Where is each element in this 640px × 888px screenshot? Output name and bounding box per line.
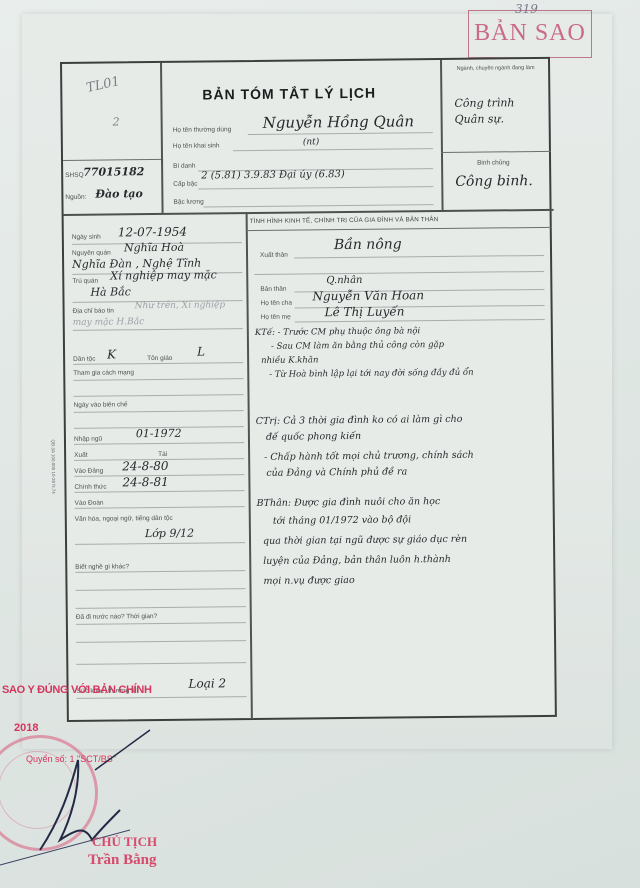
rule	[254, 271, 544, 275]
value-ho-ten-khai-sinh: (nt)	[303, 137, 320, 147]
value-vao-dang: 24-8-80	[122, 459, 168, 473]
ban-than-line: mọi n.vụ được giao	[263, 575, 354, 587]
value-cap-bac: 2 (5.81) 3.9.83 Đại úy (6.83)	[201, 169, 345, 182]
divider	[246, 227, 552, 231]
value-dia-chi-bao-tin-2: may mặc H.Bắc	[73, 317, 144, 328]
value-nganh: Công trình Quân sự.	[454, 95, 534, 128]
value-van-hoa: Lớp 9/12	[145, 527, 194, 541]
chinh-tri-line: CTrị: Cả 3 thời gia đình ko có ai làm gì…	[256, 414, 463, 427]
value-nguyen-quan: Nghĩa Hoà	[124, 241, 184, 255]
rule	[76, 622, 246, 625]
resume-form: TL01 2 SHSQ 77015182 Nguồn: Đào tạo BẢN …	[60, 57, 557, 722]
value-chinh-thuc: 24-8-81	[122, 475, 168, 489]
label-binh-chung: Binh chủng	[477, 159, 510, 166]
value-xuat-than: Bần nông	[334, 236, 402, 253]
value-ban-than: Q.nhân	[326, 275, 362, 286]
rule	[248, 132, 433, 135]
kinh-te-line: - Từ Hoà bình lập lại tới nay đời sống đ…	[269, 368, 473, 380]
value-dan-toc: K	[107, 347, 116, 361]
label-xuat-than: Xuất thân	[260, 252, 288, 259]
label-ho-ten-me: Họ tên mẹ	[261, 314, 291, 321]
label-bac-luong: Bậc lương	[173, 199, 203, 206]
rule	[76, 640, 246, 643]
label-tham-gia-cach-mang: Tham gia cách mạng	[73, 369, 134, 377]
divider	[63, 159, 163, 161]
value-tru-quan: Xí nghiệp may mặc	[110, 268, 217, 282]
rule	[76, 662, 246, 665]
shso-value: 77015182	[83, 165, 144, 179]
rule	[76, 588, 246, 591]
signer-title: CHỦ TỊCH	[92, 834, 157, 850]
rule	[76, 606, 246, 609]
section-heading: TÌNH HÌNH KINH TẾ, CHÍNH TRỊ CỦA GIA ĐÌN…	[250, 216, 439, 225]
nguon-value: Đào tạo	[95, 187, 143, 200]
label-vao-doan: Vào Đoàn	[75, 500, 104, 507]
rule	[73, 362, 243, 365]
divider	[161, 159, 163, 213]
corner-code: TL01	[85, 74, 121, 96]
label-ton-giao: Tôn giáo	[147, 355, 172, 362]
value-ho-ten-me: Lê Thị Luyến	[325, 304, 405, 319]
label-tru-quan: Trú quán	[72, 278, 98, 285]
value-dia-chi-bao-tin: Như trên, Xí nghiệp	[135, 300, 226, 311]
ban-than-line: tới tháng 01/1972 vào bộ đội	[273, 514, 411, 526]
divider	[246, 212, 253, 718]
ban-than-line: qua thời gian tại ngũ được sự giáo dục r…	[263, 534, 467, 547]
label-ho-ten-cha: Họ tên cha	[261, 300, 293, 307]
certified-copy-text: SAO Y ĐÚNG VỚI BẢN CHÍNH	[2, 684, 152, 696]
rule	[204, 204, 434, 207]
value-ho-ten-cha: Nguyễn Văn Hoan	[312, 288, 424, 303]
label-dan-toc: Dân tộc	[73, 356, 95, 363]
label-xuat: Xuất	[74, 452, 87, 459]
label-ho-ten-khai-sinh: Họ tên khai sinh	[173, 142, 220, 149]
value-suc-khoe: Loại 2	[188, 676, 226, 690]
nguon-label: Nguồn:	[65, 194, 86, 201]
divider	[160, 63, 163, 163]
kinh-te-line: - Sau CM làm ăn bằng thủ công còn gặp	[271, 340, 444, 352]
chinh-tri-line: - Chấp hành tốt mọi chủ trương, chính sá…	[264, 450, 474, 463]
label-tai: Tái	[158, 451, 167, 458]
chinh-tri-line: đế quốc phong kiến	[266, 431, 361, 443]
rule	[295, 319, 545, 323]
rule	[74, 410, 244, 413]
label-nhap-ngu: Nhập ngũ	[74, 436, 102, 443]
rule	[73, 394, 243, 397]
divider	[441, 151, 551, 153]
label-dia-chi-bao-tin: Địa chỉ báo tin	[73, 307, 114, 314]
label-nguyen-quan: Nguyên quán	[72, 249, 111, 256]
label-vao-dang: Vào Đảng	[74, 468, 103, 475]
label-ho-ten-thuong-dung: Họ tên thường dùng	[173, 126, 232, 134]
ban-sao-stamp: BẢN SAO	[468, 10, 592, 58]
label-ban-than: Bản thân	[260, 286, 286, 293]
value-nhap-ngu: 01-1972	[136, 427, 182, 440]
divider	[440, 60, 443, 210]
label-biet-nghe: Biết nghề gì khác?	[75, 563, 129, 571]
label-di-nuoc-ngoai: Đã đi nước nào? Thời gian?	[76, 613, 157, 621]
page-title: BẢN TÓM TẮT LÝ LỊCH	[202, 85, 376, 103]
side-print-code: QĐ.3A 100.000 10-28 N.74	[51, 439, 57, 493]
ban-than-line: BThân: Được gia đình nuôi cho ăn học	[257, 496, 441, 509]
shso-label: SHSQ	[65, 172, 83, 179]
kinh-te-line: nhiều K.khăn	[261, 355, 318, 366]
divider	[64, 209, 554, 216]
value-binh-chung: Công binh.	[455, 173, 533, 190]
rule	[75, 542, 245, 545]
value-ngay-sinh: 12-07-1954	[118, 225, 187, 240]
label-ngay-sinh: Ngày sinh	[72, 234, 101, 241]
signer-name: Trần Bằng	[88, 852, 157, 869]
rule	[73, 378, 243, 381]
value-ton-giao: L	[197, 344, 205, 358]
label-bi-danh: Bí danh	[173, 163, 195, 170]
rule	[198, 186, 433, 189]
value-tru-quan-2: Hà Bắc	[90, 285, 131, 298]
label-van-hoa: Văn hóa, ngoại ngữ, tiếng dân tộc	[75, 515, 173, 523]
corner-number: 2	[113, 115, 120, 128]
chinh-tri-line: của Đảng và Chính phủ đề ra	[266, 466, 407, 478]
label-ngay-vao-bien-che: Ngày vào biên chế	[74, 401, 128, 409]
rule	[73, 328, 243, 331]
rule	[77, 696, 247, 699]
kinh-te-line: KTế: - Trước CM phụ thuộc ông bà nội	[255, 326, 420, 338]
stamp-number: 319	[515, 2, 538, 16]
label-chinh-thuc: Chính thức	[74, 484, 106, 491]
label-nganh: Ngành, chuyên ngành đang làm	[448, 65, 543, 72]
ban-than-line: luyện của Đảng, bản thân luôn h.thành	[263, 554, 451, 567]
label-cap-bac: Cấp bậc	[173, 181, 197, 188]
rule	[294, 255, 544, 259]
rule	[233, 148, 433, 151]
value-ho-ten-thuong-dung: Nguyễn Hồng Quân	[263, 112, 415, 132]
